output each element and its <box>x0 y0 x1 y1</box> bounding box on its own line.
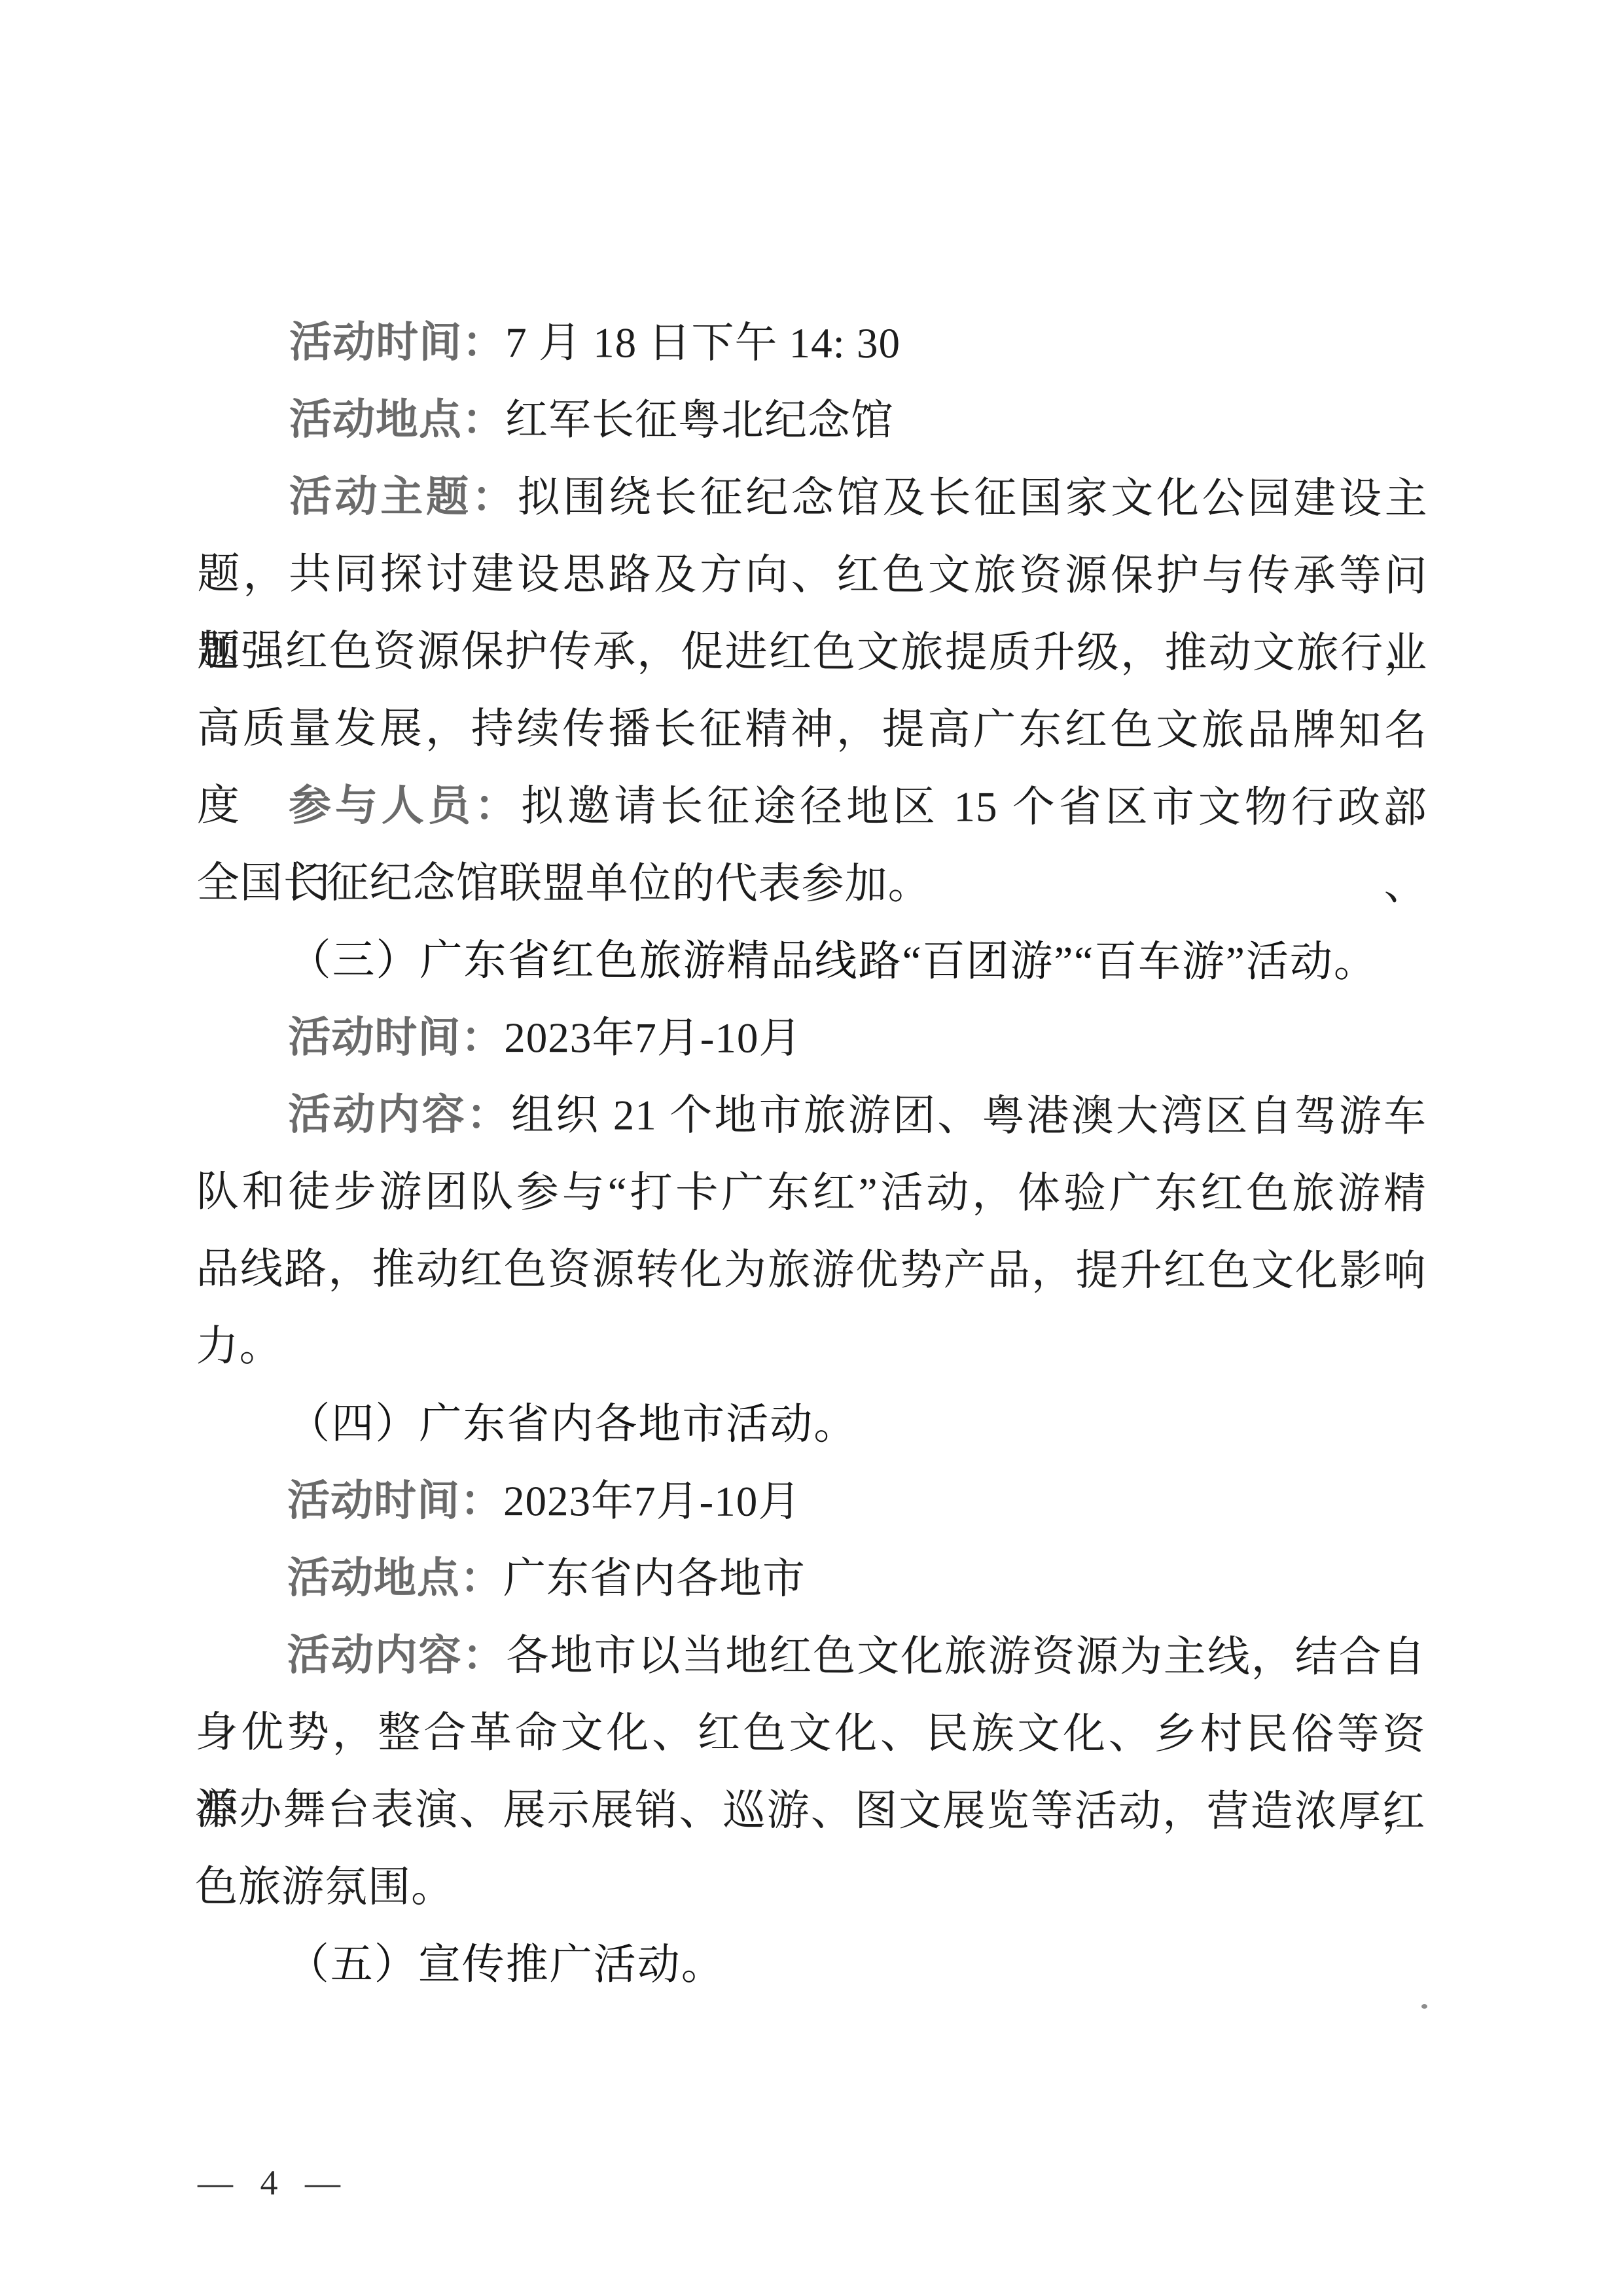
field-value: 红军长征粤北纪念馆 <box>505 397 894 444</box>
field-label: 活动内容： <box>288 1092 511 1139</box>
field-value: 组织 21 个地市旅游团、粤港澳大湾区自驾游车 <box>511 1092 1427 1140</box>
field-value: 2023年7月-10月 <box>503 1478 801 1526</box>
paragraph-line: 力。 <box>196 1308 1426 1387</box>
field-label: 参与人员： <box>289 783 521 831</box>
paragraph-line: 品线路，推动红色资源转化为旅游优势产品，提升红色文化影响 <box>196 1230 1427 1310</box>
paragraph-text: 色旅游氛围。 <box>195 1863 454 1911</box>
field-line-activity-time-2: 活动时间：2023年7月-10月 <box>196 999 1427 1078</box>
section-heading-text: （三）广东省红色旅游精品线路“百团游”“百车游”活动。 <box>288 937 1378 986</box>
paragraph-line: 队和徒步游团队参与“打卡广东红”活动，体验广东红色旅游精 <box>196 1153 1427 1232</box>
field-line-activity-theme: 活动主题：拟围绕长征纪念馆及长征国家文化公园建设主 <box>198 458 1428 537</box>
section-heading-5: （五）宣传推广活动。 <box>195 1926 1425 2005</box>
paragraph-line: 加强红色资源保护传承，促进红色文旅提质升级，推动文旅行业 <box>197 613 1427 692</box>
paragraph-line: 色旅游氛围。 <box>195 1848 1425 1928</box>
field-line-activity-content-2: 活动内容：各地市以当地红色文化旅游资源为主线，结合自 <box>196 1617 1426 1696</box>
field-label: 活动内容： <box>287 1632 507 1680</box>
field-line-activity-place-1: 活动地点：红军长征粤北纪念馆 <box>198 381 1428 460</box>
paragraph-text: 力。 <box>196 1323 282 1370</box>
paragraph-line: 举办舞台表演、展示展销、巡游、图文展览等活动，营造浓厚红 <box>195 1771 1425 1850</box>
field-line-activity-time-3: 活动时间：2023年7月-10月 <box>196 1462 1426 1541</box>
paragraph-line: 题，共同探讨建设思路及方向、红色文旅资源保护与传承等问题， <box>197 535 1427 615</box>
document-body: 活动时间：7 月 18 日下午 14: 30 活动地点：红军长征粤北纪念馆 活动… <box>195 304 1429 2005</box>
field-line-activity-time-1: 活动时间：7 月 18 日下午 14: 30 <box>198 304 1428 383</box>
scan-noise-speck <box>1421 2004 1427 2009</box>
field-value: 各地市以当地红色文化旅游资源为主线，结合自 <box>506 1632 1425 1681</box>
field-label: 活动主题： <box>289 474 518 522</box>
field-line-activity-place-2: 活动地点：广东省内各地市 <box>196 1539 1426 1619</box>
field-value: 广东省内各地市 <box>503 1555 806 1603</box>
paragraph-line: 高质量发展，持续传播长征精神，提高广东红色文旅品牌知名度。 <box>197 690 1427 769</box>
paragraph-text: 加强红色资源保护传承，促进红色文旅提质升级，推动文旅行业 <box>197 628 1427 677</box>
section-heading-4: （四）广东省内各地市活动。 <box>196 1385 1426 1464</box>
paragraph-text: 队和徒步游团队参与“打卡广东红”活动，体验广东红色旅游精 <box>196 1168 1427 1217</box>
field-value: 2023年7月-10月 <box>504 1014 802 1062</box>
field-label: 活动时间： <box>288 1014 504 1062</box>
field-label: 活动时间： <box>287 1478 503 1526</box>
paragraph-text: 全国长征纪念馆联盟单位的代表参加。 <box>197 859 931 908</box>
paragraph-text: 举办舞台表演、展示展销、巡游、图文展览等活动，营造浓厚红 <box>195 1786 1425 1835</box>
section-heading-3: （三）广东省红色旅游精品线路“百团游”“百车游”活动。 <box>196 922 1427 1001</box>
document-page: 活动时间：7 月 18 日下午 14: 30 活动地点：红军长征粤北纪念馆 活动… <box>0 0 1623 2296</box>
field-label: 活动时间： <box>289 319 505 367</box>
field-line-activity-content-1: 活动内容：组织 21 个地市旅游团、粤港澳大湾区自驾游车 <box>196 1076 1427 1155</box>
field-value: 拟围绕长征纪念馆及长征国家文化公园建设主 <box>517 474 1427 522</box>
paragraph-line: 身优势，整合革命文化、红色文化、民族文化、乡村民俗等资源， <box>195 1694 1425 1773</box>
section-heading-text: （四）广东省内各地市活动。 <box>287 1401 857 1449</box>
field-value: 7 月 18 日下午 14: 30 <box>505 319 901 367</box>
field-label: 活动地点： <box>287 1555 503 1603</box>
field-line-participants: 参与人员：拟邀请长征途径地区 15 个省区市文物行政部门、 <box>197 767 1427 846</box>
page-number: — 4 — <box>198 2163 349 2202</box>
section-heading-text: （五）宣传推广活动。 <box>287 1941 725 1989</box>
paragraph-text: 品线路，推动红色资源转化为旅游优势产品，提升红色文化影响 <box>196 1246 1427 1295</box>
field-label: 活动地点： <box>289 397 505 444</box>
